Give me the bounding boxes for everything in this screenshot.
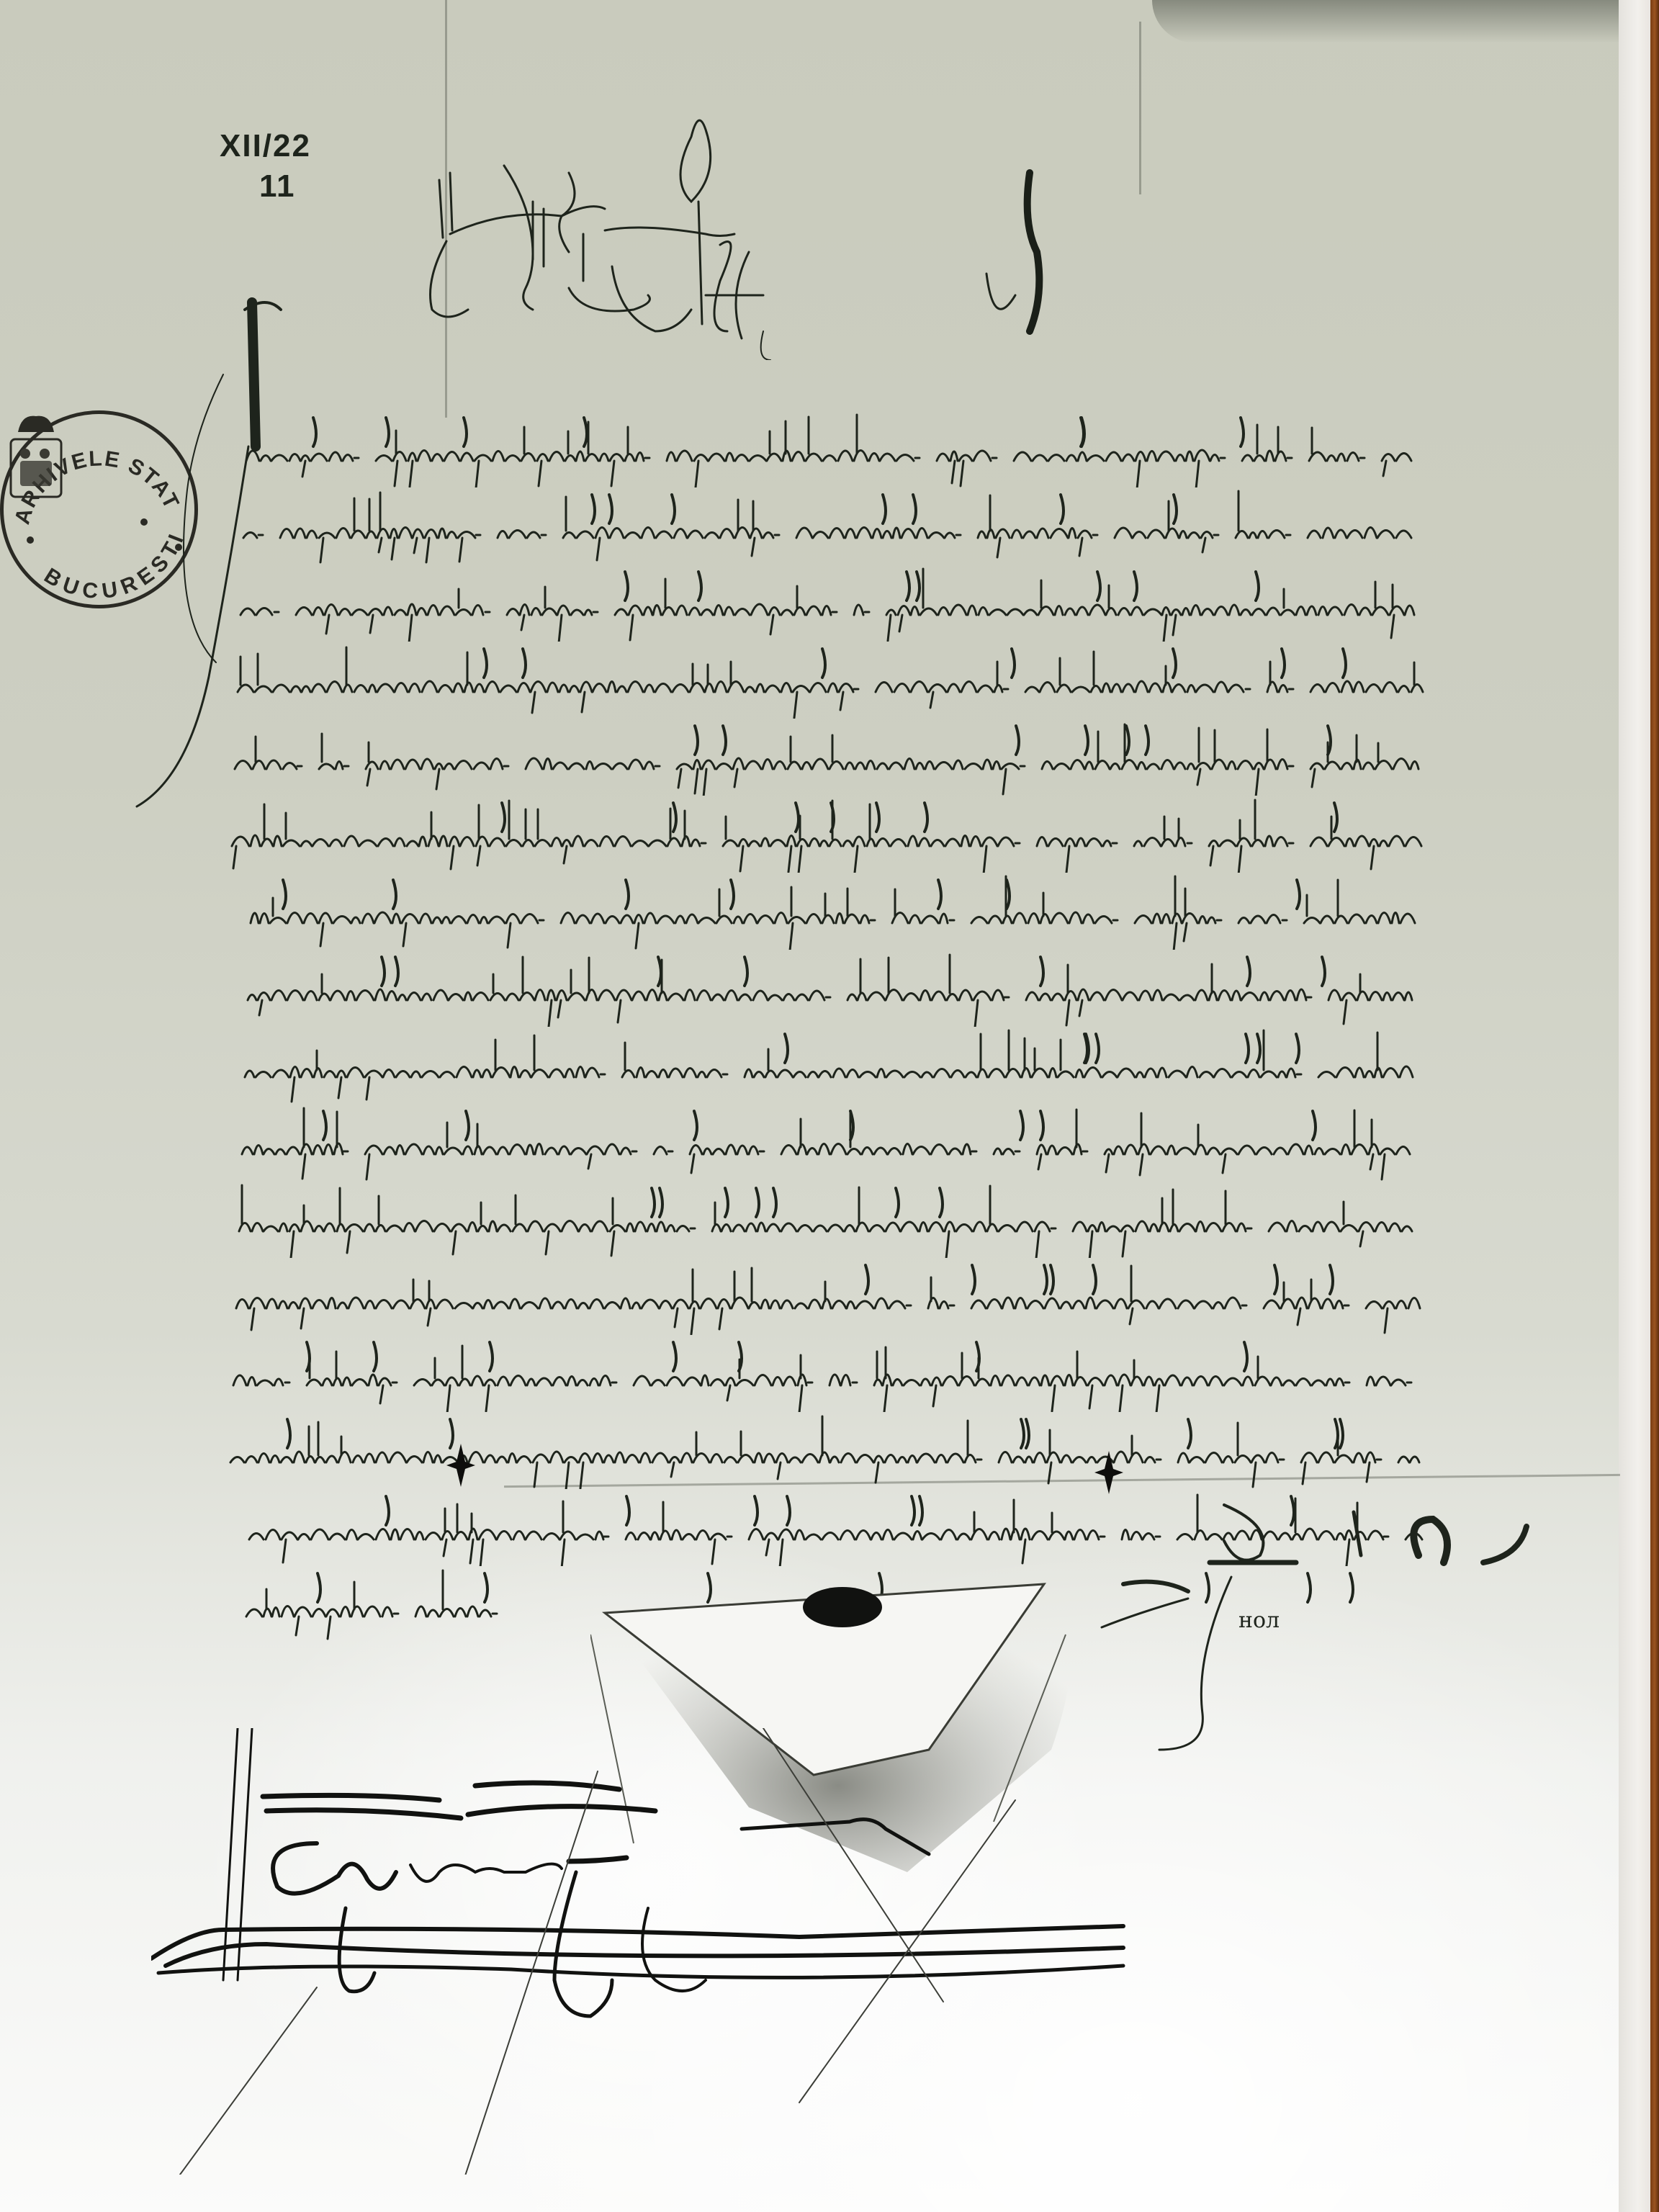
manuscript-line — [223, 410, 1447, 487]
manuscript-line — [223, 1181, 1447, 1258]
catalog-number: XII/22 11 — [220, 126, 311, 207]
manuscript-line — [223, 642, 1447, 719]
photo-border — [1619, 0, 1650, 2212]
closing-flourish: нол — [1080, 1476, 1584, 1764]
catalog-number-line1: XII/22 — [220, 126, 311, 166]
manuscript-line — [223, 719, 1447, 796]
punch-hole-icon — [446, 1444, 475, 1487]
wax-seal-icon — [803, 1587, 882, 1627]
manuscript-line — [223, 1258, 1447, 1335]
coat-of-arms-icon — [0, 410, 72, 504]
catalog-number-line2: 11 — [220, 166, 311, 207]
signature — [151, 1728, 1159, 2175]
manuscript-body: handwritten Cyrillic text lines with sup… — [223, 410, 1447, 1643]
manuscript-line — [223, 873, 1447, 950]
manuscript-line — [223, 487, 1447, 565]
manuscript-line — [223, 1335, 1447, 1412]
closing-text: нол — [1238, 1608, 1280, 1633]
manuscript-line — [223, 796, 1447, 873]
manuscript-line — [223, 565, 1447, 642]
ornamental-invocation — [418, 115, 1426, 360]
manuscript-line — [223, 950, 1447, 1027]
manuscript-line — [223, 1027, 1447, 1104]
top-shadow — [1152, 0, 1620, 43]
wood-edge — [1650, 0, 1659, 2212]
manuscript-line — [223, 1104, 1447, 1181]
